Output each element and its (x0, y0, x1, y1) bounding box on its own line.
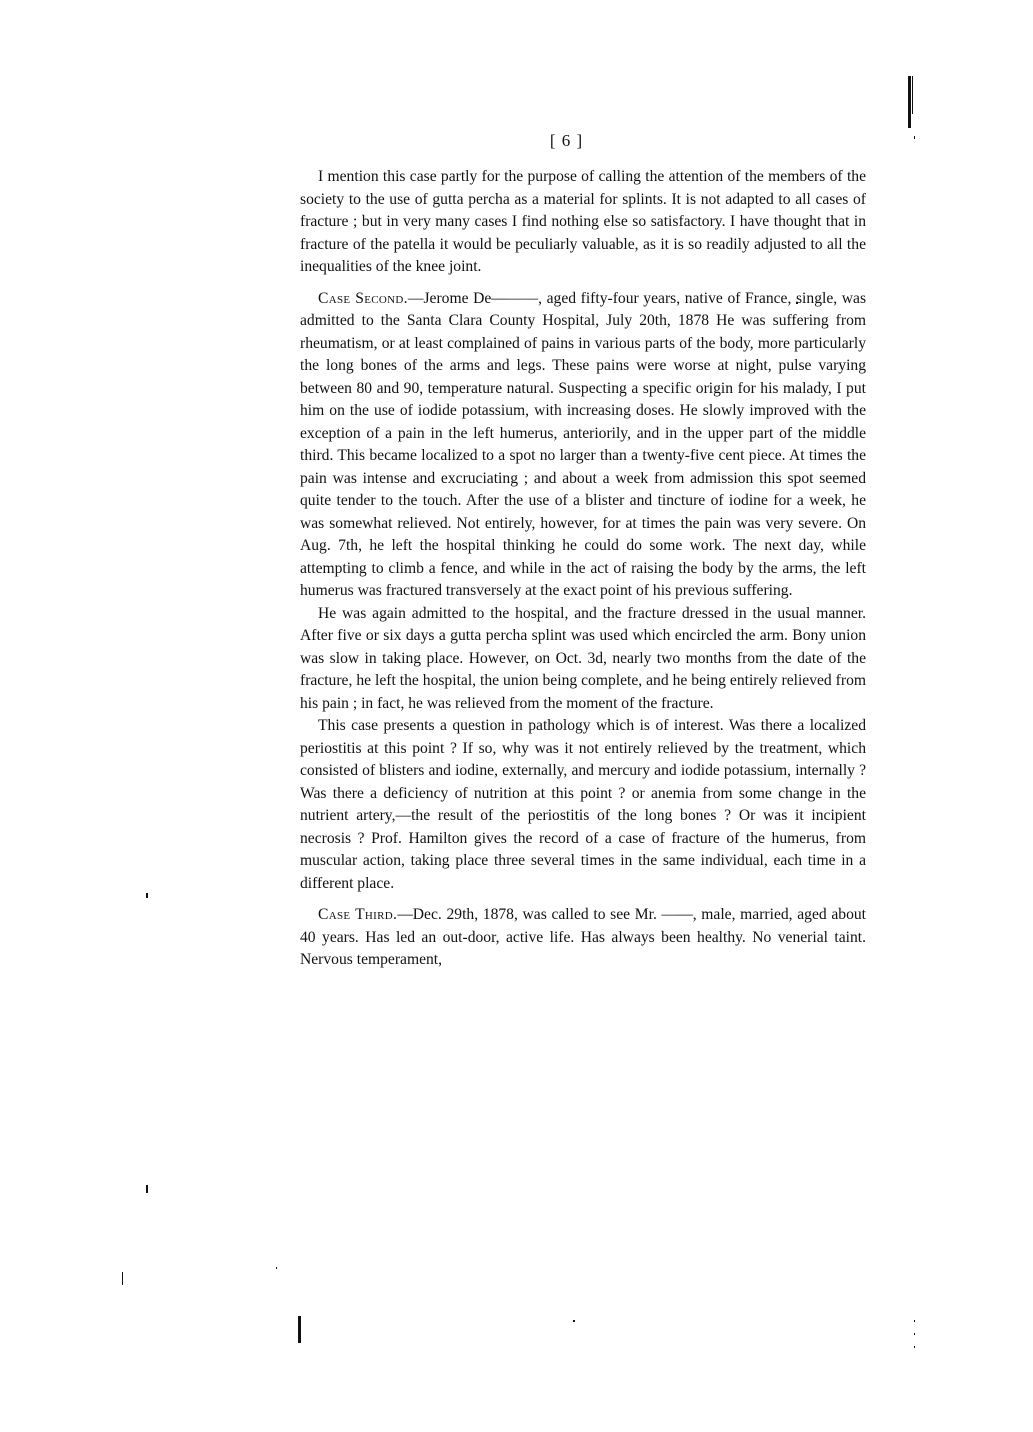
paragraph-text: —Jerome De———, aged fifty-four years, na… (300, 290, 866, 600)
case-heading: Case Third. (318, 906, 397, 923)
scan-artifact-dot (796, 302, 798, 304)
scan-artifact-right-dots (914, 1320, 915, 1322)
paragraph-text: I mention this case partly for the purpo… (300, 168, 866, 275)
scan-artifact-right-bar-thin (912, 76, 913, 114)
scan-artifact-dot (573, 1320, 575, 1322)
paragraph-text: He was again admitted to the hospital, a… (300, 605, 866, 712)
scan-artifact-right-dots (914, 1346, 915, 1348)
scan-artifact-right-dots (914, 1333, 915, 1335)
scan-artifact-left-mark (146, 893, 148, 898)
scan-artifact-dot (914, 136, 915, 139)
paragraph-text: This case presents a question in patholo… (300, 717, 866, 892)
body-text: I mention this case partly for the purpo… (300, 166, 866, 972)
paragraph-gutta-percha: I mention this case partly for the purpo… (300, 166, 866, 279)
scan-artifact-bracket (298, 1316, 301, 1343)
paragraph-readmission: He was again admitted to the hospital, a… (300, 603, 866, 716)
paragraph-case-second: Case Second.—Jerome De———, aged fifty-fo… (300, 288, 866, 603)
paragraph-case-third: Case Third.—Dec. 29th, 1878, was called … (300, 904, 866, 972)
case-heading: Case Second. (318, 290, 408, 307)
scan-artifact-left-mark (146, 1185, 148, 1193)
scan-artifact-right-bar (908, 76, 911, 128)
scan-artifact-dot (276, 1267, 277, 1269)
paragraph-pathology-question: This case presents a question in patholo… (300, 715, 866, 895)
page-number: [ 6 ] (0, 131, 1033, 151)
scan-artifact-left-mark (122, 1272, 123, 1285)
